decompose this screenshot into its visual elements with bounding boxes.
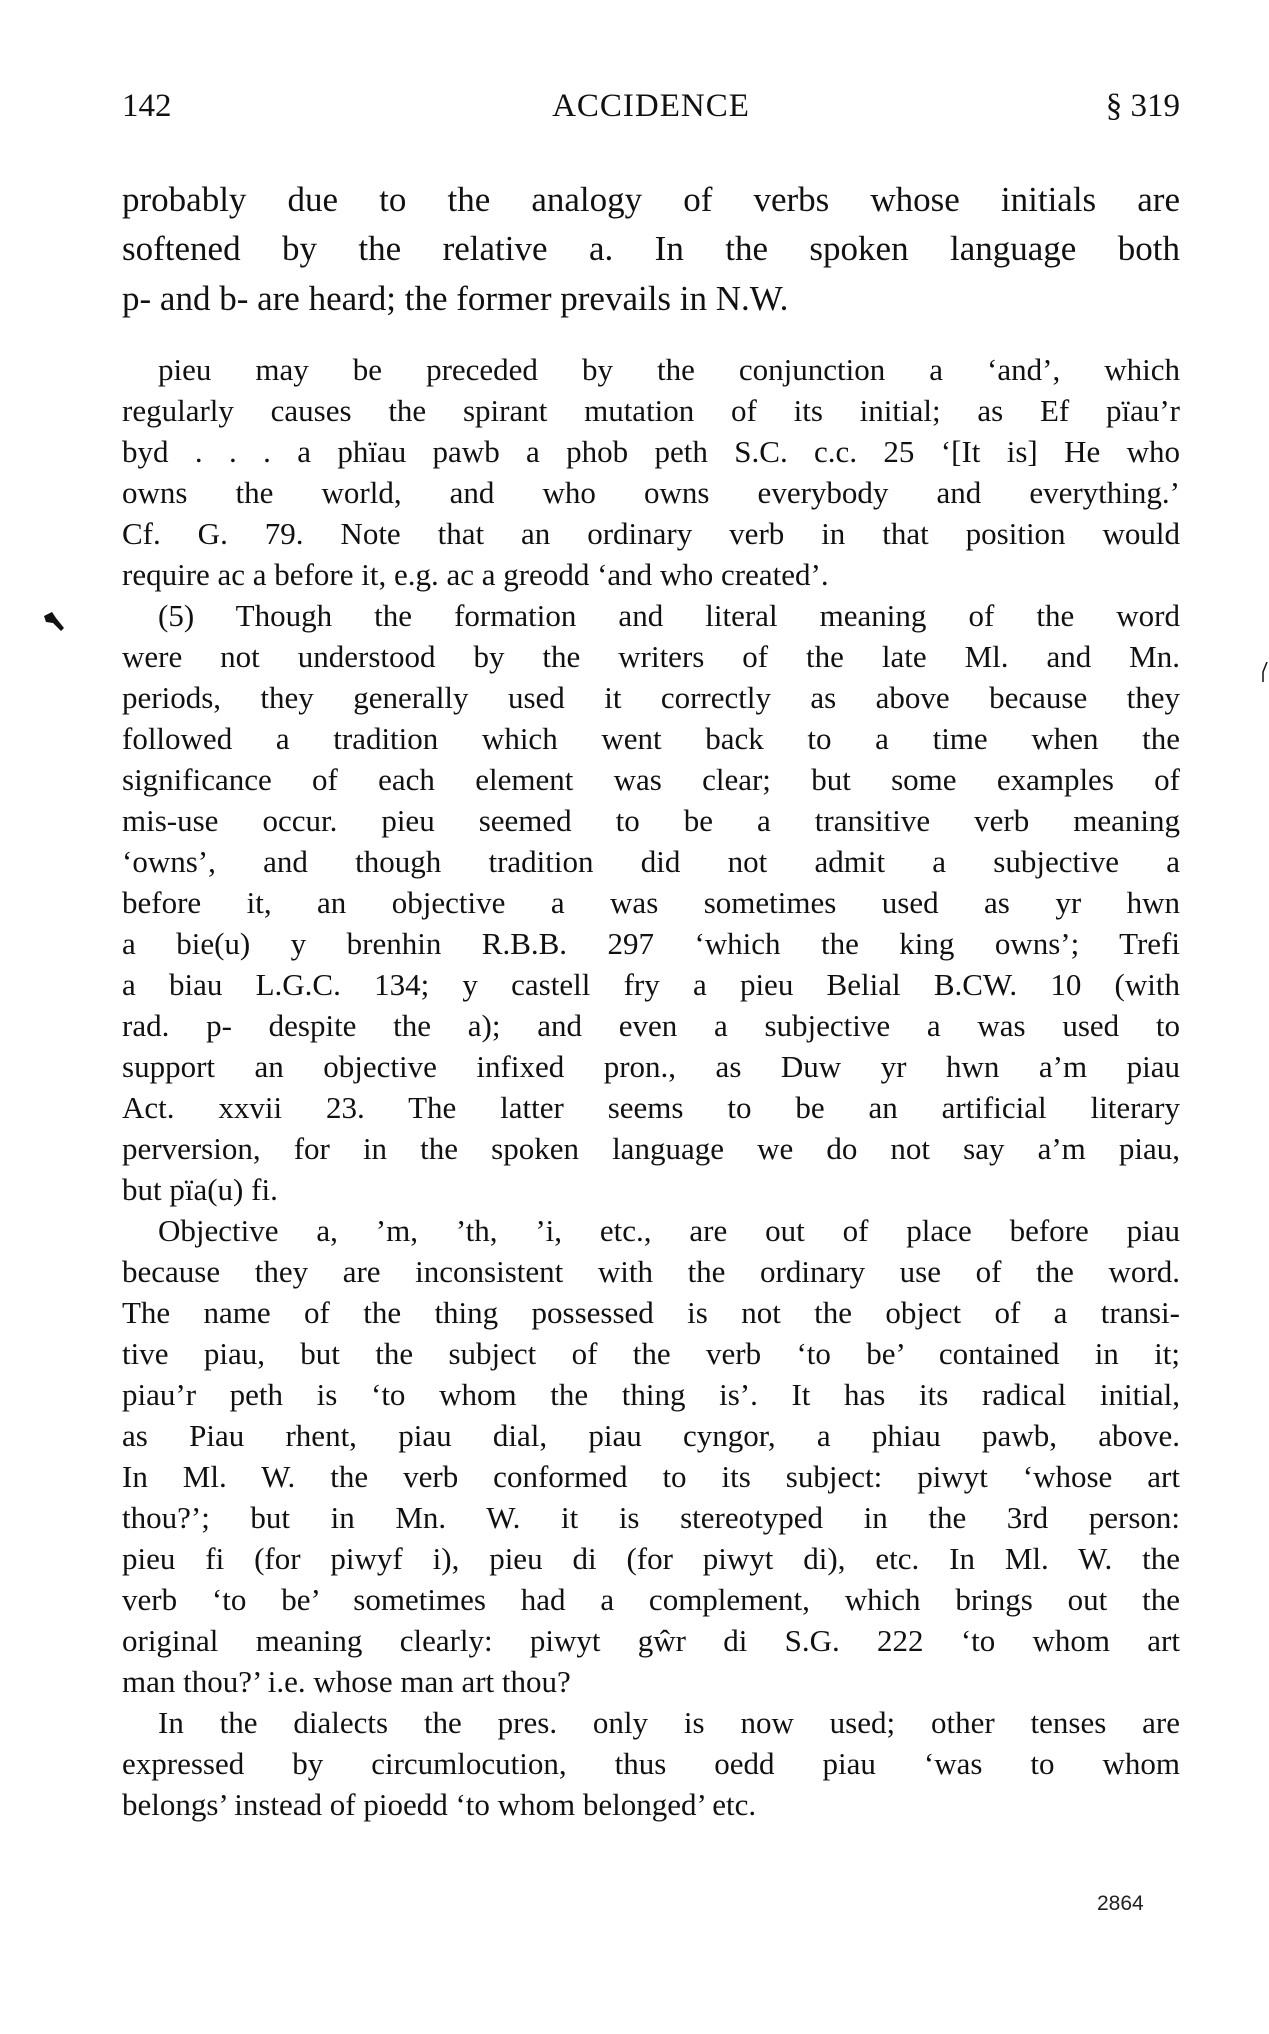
text-line: as Piau rhent, piau dial, piau cyngor, a… — [122, 1418, 1180, 1454]
text-line: before it, an objective a was sometimes … — [122, 885, 1180, 921]
text-line: pieu fi (for piwyf i), pieu di (for piwy… — [122, 1541, 1180, 1577]
text-line: support an objective infixed pron., as D… — [122, 1049, 1180, 1085]
text-line: Act. xxvii 23. The latter seems to be an… — [122, 1090, 1180, 1126]
text-line: p- and b- are heard; the former prevails… — [122, 279, 1180, 319]
text-line: pieu may be preceded by the conjunction … — [122, 352, 1180, 388]
book-page: 142 ACCIDENCE § 319 probably due to the … — [0, 0, 1269, 2034]
text-line: (5) Though the formation and literal mea… — [122, 598, 1180, 634]
text-line: The name of the thing possessed is not t… — [122, 1295, 1180, 1331]
text-line: belongs’ instead of pioedd ‘to whom belo… — [122, 1787, 1180, 1823]
text-line: original meaning clearly: piwyt gŵr di S… — [122, 1623, 1180, 1659]
scan-id-label: 2864 — [1097, 1892, 1144, 1916]
text-line: but pïa(u) fi. — [122, 1172, 1180, 1208]
text-line: softened by the relative a. In the spoke… — [122, 229, 1180, 269]
text-line: ‘owns’, and though tradition did not adm… — [122, 844, 1180, 880]
text-line: a bie(u) y brenhin R.B.B. 297 ‘which the… — [122, 926, 1180, 962]
running-head: 142 ACCIDENCE § 319 — [122, 88, 1180, 132]
text-line: verb ‘to be’ sometimes had a complement,… — [122, 1582, 1180, 1618]
text-line: periods, they generally used it correctl… — [122, 680, 1180, 716]
text-line: probably due to the analogy of verbs who… — [122, 180, 1180, 220]
text-line: Objective a, ’m, ’th, ’i, etc., are out … — [122, 1213, 1180, 1249]
text-line: Cf. G. 79. Note that an ordinary verb in… — [122, 516, 1180, 552]
text-line: regularly causes the spirant mutation of… — [122, 393, 1180, 429]
text-line: because they are inconsistent with the o… — [122, 1254, 1180, 1290]
text-line: require ac a before it, e.g. ac a greodd… — [122, 557, 1180, 593]
text-line: followed a tradition which went back to … — [122, 721, 1180, 757]
margin-pointer-icon — [42, 610, 68, 632]
text-line: mis-use occur. pieu seemed to be a trans… — [122, 803, 1180, 839]
text-line: byd . . . a phïau pawb a phob peth S.C. … — [122, 434, 1180, 470]
text-line: a biau L.G.C. 134; y castell fry a pieu … — [122, 967, 1180, 1003]
text-line: were not understood by the writers of th… — [122, 639, 1180, 675]
text-line: tive piau, but the subject of the verb ‘… — [122, 1336, 1180, 1372]
text-line: man thou?’ i.e. whose man art thou? — [122, 1664, 1180, 1700]
text-line: thou?’; but in Mn. W. it is stereotyped … — [122, 1500, 1180, 1536]
chapter-title: ACCIDENCE — [122, 88, 1180, 125]
text-line: significance of each element was clear; … — [122, 762, 1180, 798]
text-line: In Ml. W. the verb conformed to its subj… — [122, 1459, 1180, 1495]
text-line: piau’r peth is ‘to whom the thing is’. I… — [122, 1377, 1180, 1413]
text-line: owns the world, and who owns everybody a… — [122, 475, 1180, 511]
scan-artifact-mark — [1262, 662, 1268, 682]
text-line: rad. p- despite the a); and even a subje… — [122, 1008, 1180, 1044]
text-line: perversion, for in the spoken language w… — [122, 1131, 1180, 1167]
text-line: In the dialects the pres. only is now us… — [122, 1705, 1180, 1741]
section-number: § 319 — [1106, 88, 1180, 125]
text-line: expressed by circumlocution, thus oedd p… — [122, 1746, 1180, 1782]
